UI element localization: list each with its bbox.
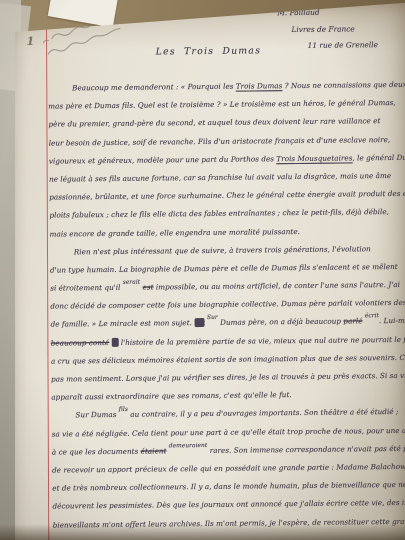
text-segment: , le général Dumas [352, 152, 405, 162]
text-segment: étaient [141, 446, 167, 455]
text-segment: Trois Mousquetaires [276, 153, 352, 163]
manuscript-page: 1 M. Paillaud Livres de France 11 rue de… [15, 0, 405, 540]
address-street: 11 rue de Grenelle [278, 37, 378, 55]
text-segment: mais encore de grande taille, elle engen… [50, 226, 300, 238]
address-organization: Livres de France [277, 21, 377, 39]
text-segment: vigoureux et généreux, modèle pour une p… [49, 154, 277, 165]
text-segment: ne léguait à ses fils aucune fortune, ca… [49, 171, 391, 184]
text-segment: père du premier, grand-père du second, e… [48, 117, 380, 129]
text-segment: ploits fabuleux ; chez le fils elle dict… [49, 207, 389, 220]
text-segment: Sur [207, 309, 218, 327]
text-segment: Trois Dumas [236, 81, 283, 90]
text-segment: ? Nous ne connaissions que deux : Du- [282, 80, 405, 91]
text-segment: leur besoin de justice, soif de revanche… [49, 135, 391, 148]
manuscript-body: Beaucoup me demanderont : « Pourquoi les… [48, 76, 405, 534]
text-segment: a cru que ses délicieux mémoires étaient… [51, 352, 405, 365]
text-segment: passionnée, brûlante, et une force surhu… [49, 189, 405, 202]
text-segment: beaucoup conté [51, 338, 110, 348]
manuscript-line: ploits fabuleux ; chez le fils elle dict… [49, 203, 401, 225]
text-segment: est [143, 283, 154, 292]
text-segment: fils [119, 401, 128, 419]
blacked-out-word: xxx [194, 318, 204, 327]
text-segment: rares. Son immense correspondance n'avai… [207, 443, 405, 455]
text-segment: Beaucoup me demanderont : « Pourquoi les [72, 82, 236, 93]
text-segment: Sur Dumas [75, 410, 118, 419]
text-segment: à ce que les documents [52, 446, 141, 456]
text-segment: écrit [365, 308, 379, 326]
text-segment: découvrent les pessimistes. Dès que les … [52, 498, 405, 511]
text-segment: Dumas père, on a déjà beaucoup [218, 317, 344, 327]
text-segment: de famille. » Le miracle est mon sujet. [51, 319, 195, 330]
text-segment: et de très nombreux collectionneurs. Il … [52, 480, 405, 493]
text-segment: si étroitement qu'il [50, 283, 123, 293]
text-segment: . Lui-même a [379, 316, 405, 326]
text-segment: mas père et Dumas fils. Quel est le troi… [48, 98, 396, 111]
manuscript-title: Les Trois Dumas [156, 45, 262, 57]
text-segment: Rien n'est plus intéressant que de suivr… [74, 244, 371, 256]
text-segment: serait [123, 274, 141, 292]
manuscript-line: bienveillants m'ont offert leurs archive… [53, 512, 405, 534]
page-number-mark: 1 [27, 35, 35, 48]
page-content: 1 M. Paillaud Livres de France 11 rue de… [0, 0, 405, 540]
text-segment: apparaît aussi extraordinaire que ses ro… [51, 390, 291, 402]
text-segment: parlé [343, 317, 362, 326]
text-segment: d'un type humain. La biographie de Dumas… [50, 262, 398, 275]
text-segment: demeuraient [169, 437, 208, 456]
manuscript-photo: 1 M. Paillaud Livres de France 11 rue de… [0, 0, 405, 540]
text-segment: impossible, ou au moins artificiel, de c… [153, 280, 400, 292]
text-segment: sa vie a été négligée. Cela tient pour u… [52, 425, 405, 438]
text-segment: au contraire, il y a peu d'ouvrages impo… [128, 407, 399, 419]
text-segment: l'histoire de la première partie de sa v… [118, 334, 405, 347]
address-block: M. Paillaud Livres de France 11 rue de G… [277, 4, 378, 55]
text-segment: donc décidé de composer cette fois une b… [50, 298, 405, 311]
text-segment: pas mon sentiment. Lorsque j'ai pu vérif… [51, 371, 405, 384]
text-segment: de recevoir un apport précieux de celle … [52, 461, 405, 474]
text-segment: bienveillants m'ont offert leurs archive… [53, 516, 405, 529]
